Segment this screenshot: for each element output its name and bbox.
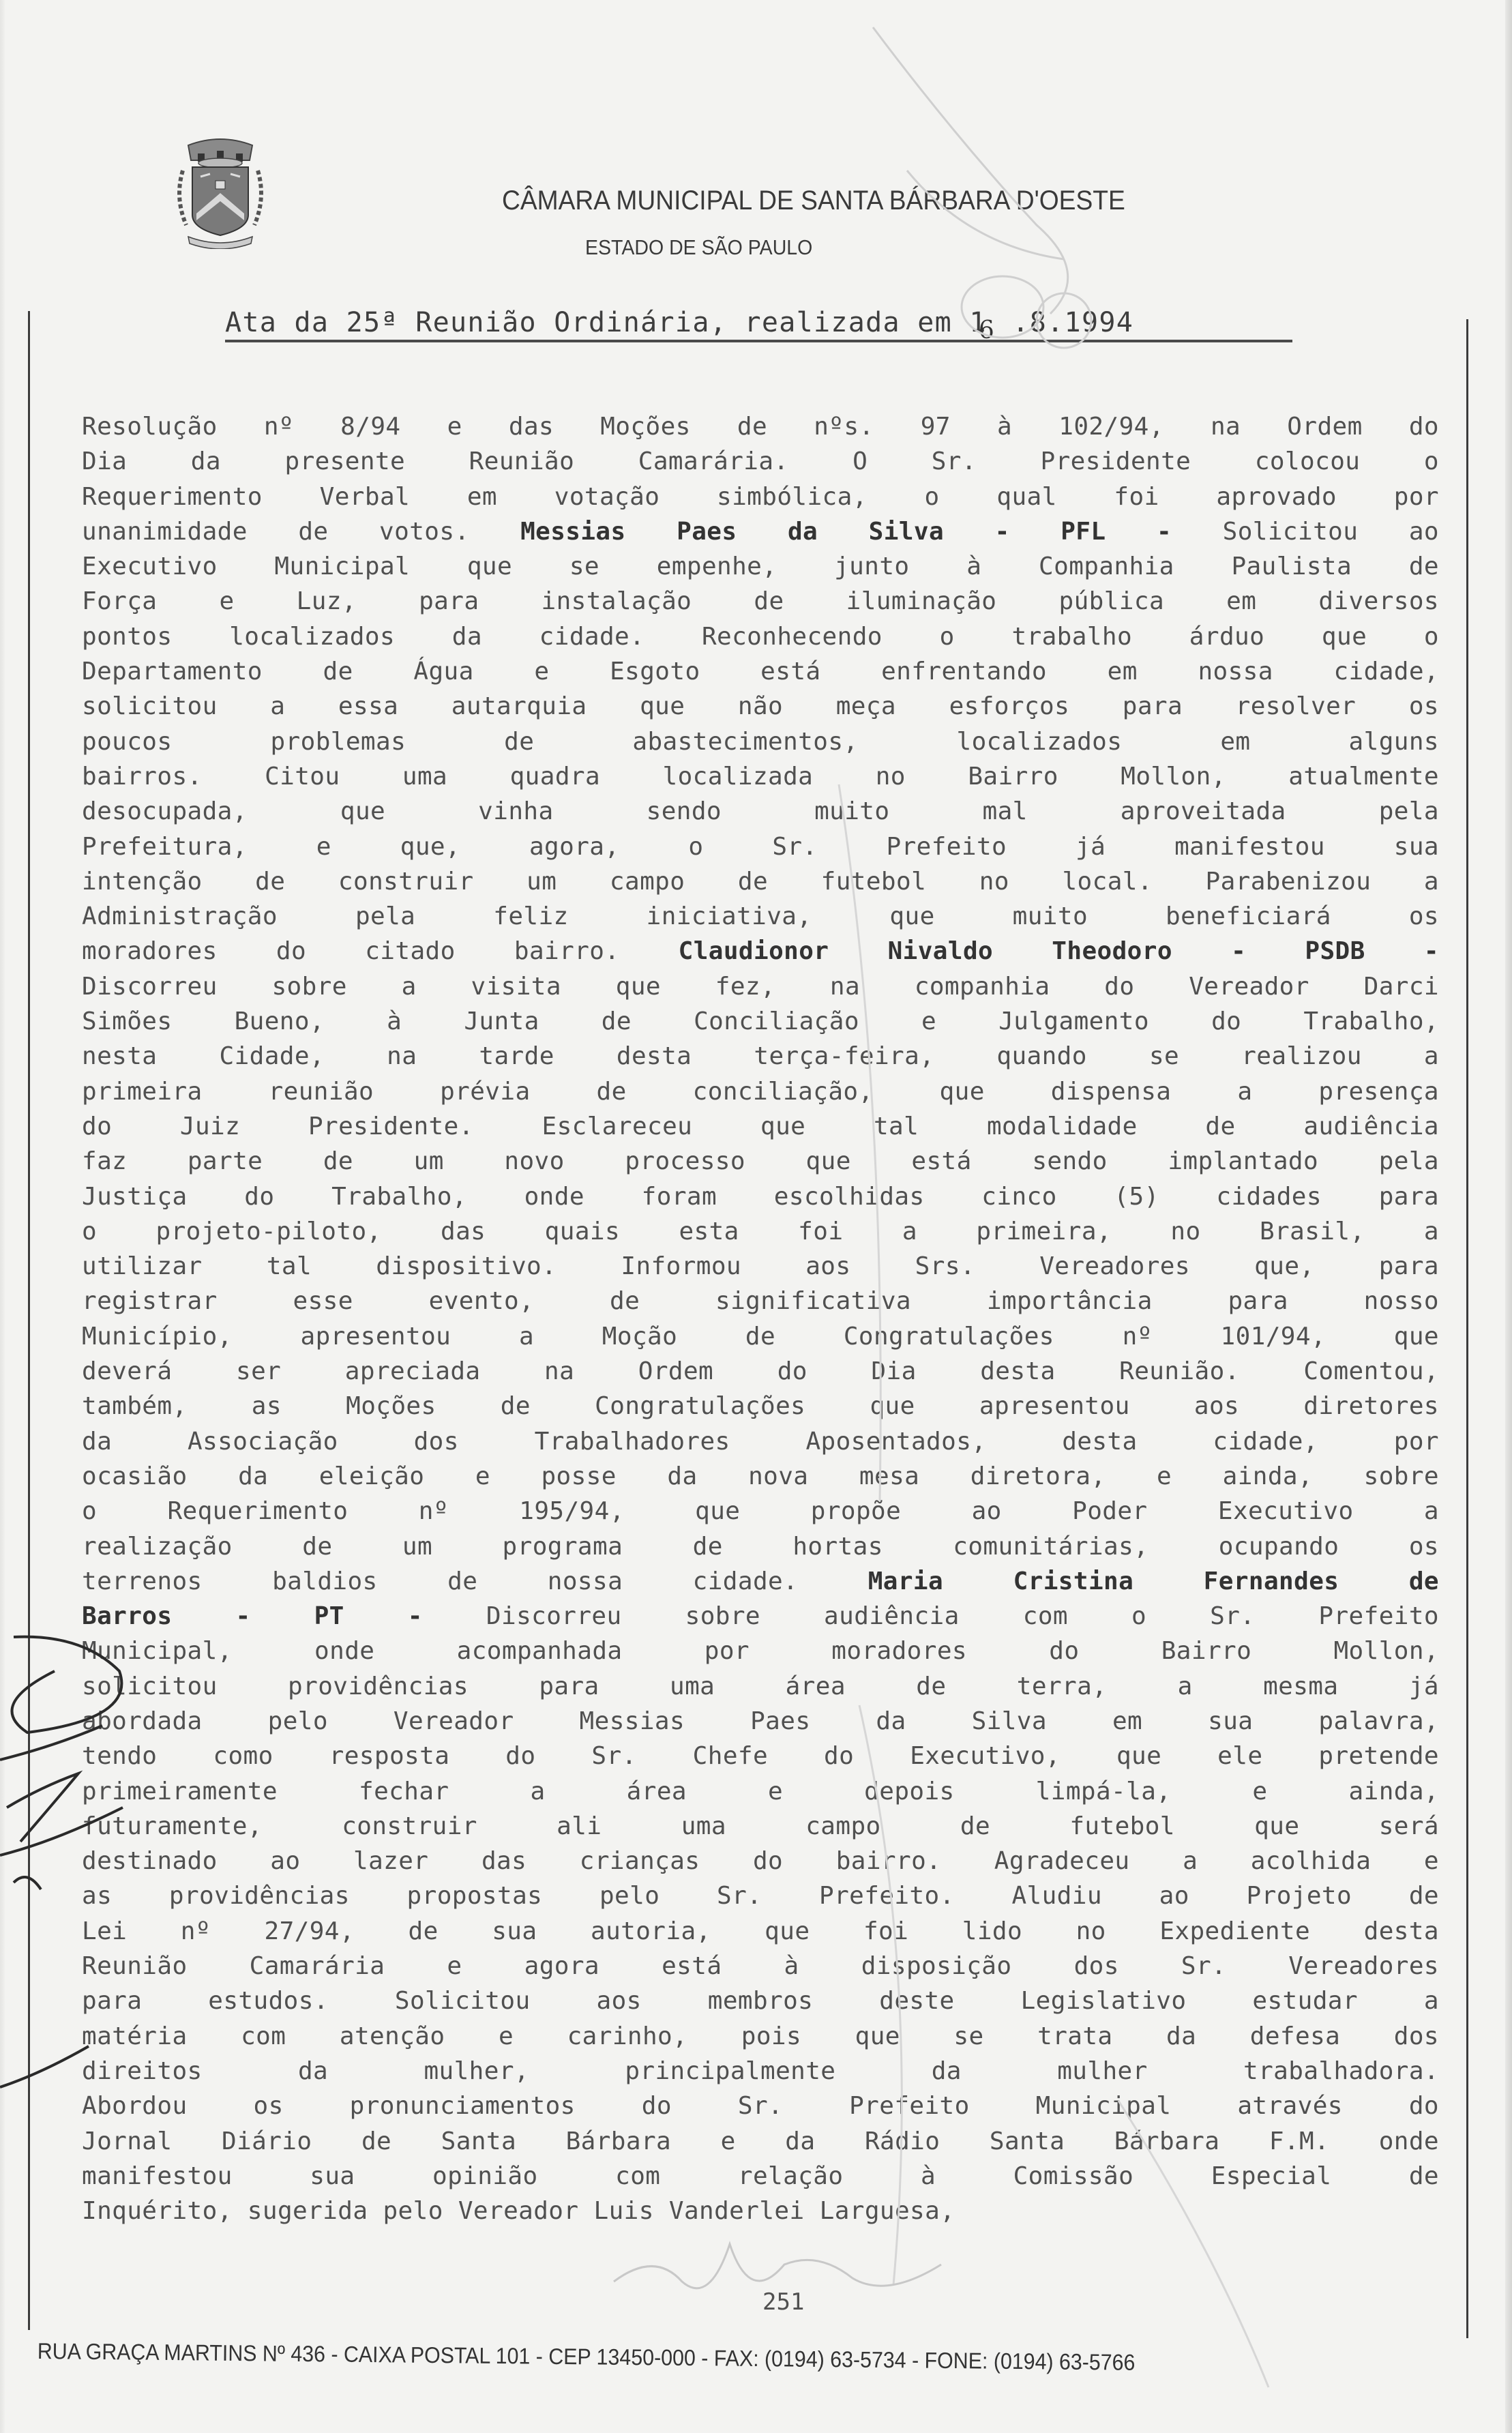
minutes-line: para estudos. Solicitou aos membros dest… <box>82 1984 1439 2018</box>
minutes-line: Inquérito, sugerida pelo Vereador Luis V… <box>82 2194 1439 2228</box>
minutes-line: solicitou providências para uma área de … <box>82 1669 1439 1704</box>
minutes-line: Municipal, onde acompanhada por moradore… <box>82 1634 1439 1668</box>
title-date-suffix: .8.1994 <box>995 307 1133 338</box>
document-title: Ata da 25ª Reunião Ordinária, realizada … <box>225 307 1292 342</box>
minutes-line: nesta Cidade, na tarde desta terça-feira… <box>82 1039 1439 1074</box>
minutes-line: Prefeitura, e que, agora, o Sr. Prefeito… <box>82 829 1439 864</box>
minutes-line: o Requerimento nº 195/94, que propõe ao … <box>82 1494 1439 1529</box>
minutes-line: poucos problemas de abastecimentos, loca… <box>82 724 1439 759</box>
minutes-line: Simões Bueno, à Junta de Conciliação e J… <box>82 1004 1439 1039</box>
minutes-line: faz parte de um novo processo que está s… <box>82 1144 1439 1179</box>
minutes-line: Força e Luz, para instalação de iluminaç… <box>82 584 1439 619</box>
minutes-line: tendo como resposta do Sr. Chefe do Exec… <box>82 1739 1439 1773</box>
minutes-line: Reunião Camarária e agora está à disposi… <box>82 1949 1439 1984</box>
page-number: 251 <box>762 2288 804 2316</box>
minutes-line: intenção de construir um campo de futebo… <box>82 864 1439 899</box>
minutes-line: realização de um programa de hortas comu… <box>82 1529 1439 1564</box>
minutes-line: Jornal Diário de Santa Bárbara e da Rádi… <box>82 2124 1439 2159</box>
speaker-name: Messias Paes da Silva - PFL - <box>520 518 1172 546</box>
state-name: ESTADO DE SÃO PAULO <box>585 235 812 260</box>
minutes-line: Resolução nº 8/94 e das Moções de nºs. 9… <box>82 409 1439 444</box>
scan-edge-right <box>1505 0 1512 2433</box>
line-text: terrenos baldios de nossa cidade. <box>82 1567 868 1595</box>
minutes-line: o projeto-piloto, das quais esta foi a p… <box>82 1214 1439 1249</box>
minutes-line: Justiça do Trabalho, onde foram escolhid… <box>82 1179 1439 1214</box>
line-text: moradores do citado bairro. <box>82 937 679 965</box>
speaker-name: Claudionor Nivaldo Theodoro - PSDB - <box>679 937 1439 965</box>
minutes-line: Abordou os pronunciamentos do Sr. Prefei… <box>82 2089 1439 2123</box>
page-frame-left-rule <box>28 311 30 2330</box>
scan-edge-left <box>0 0 5 2433</box>
handwritten-day: 6 <box>979 316 995 344</box>
minutes-line: ocasião da eleição e posse da nova mesa … <box>82 1459 1439 1494</box>
minutes-line: registrar esse evento, de significativa … <box>82 1284 1439 1318</box>
minutes-line: deverá ser apreciada na Ordem do Dia des… <box>82 1354 1439 1389</box>
minutes-line: do Juiz Presidente. Esclareceu que tal m… <box>82 1109 1439 1144</box>
minutes-line: futuramente, construir ali uma campo de … <box>82 1809 1439 1844</box>
title-text: Ata da 25ª Reunião Ordinária, realizada … <box>225 307 987 338</box>
minutes-line: manifestou sua opinião com relação à Com… <box>82 2159 1439 2194</box>
minutes-line: direitos da mulher, principalmente da mu… <box>82 2054 1439 2089</box>
speaker-name: Maria Cristina Fernandes de <box>868 1567 1439 1595</box>
minutes-line: Barros - PT - Discorreu sobre audiência … <box>82 1599 1439 1634</box>
footer-address: RUA GRAÇA MARTINS Nº 436 - CAIXA POSTAL … <box>38 2338 1355 2378</box>
minutes-line: primeiramente fechar a área e depois lim… <box>82 1774 1439 1809</box>
minutes-line: primeira reunião prévia de conciliação, … <box>82 1074 1439 1109</box>
minutes-line: Requerimento Verbal em votação simbólica… <box>82 480 1439 514</box>
minutes-line: Departamento de Água e Esgoto está enfre… <box>82 654 1439 689</box>
minutes-line: Discorreu sobre a visita que fez, na com… <box>82 969 1439 1004</box>
line-text: Discorreu sobre audiência com o Sr. Pref… <box>423 1602 1439 1630</box>
minutes-line: desocupada, que vinha sendo muito mal ap… <box>82 794 1439 829</box>
bottom-signature-ghost <box>614 2244 941 2288</box>
minutes-line: Dia da presente Reunião Camarária. O Sr.… <box>82 444 1439 479</box>
minutes-line: Município, apresentou a Moção de Congrat… <box>82 1319 1439 1354</box>
line-text: unanimidade de votos. <box>82 518 520 546</box>
line-text: Solicitou ao <box>1172 518 1439 546</box>
minutes-line: Lei nº 27/94, de sua autoria, que foi li… <box>82 1914 1439 1949</box>
institution-name: CÂMARA MUNICIPAL DE SANTA BÁRBARA D'OEST… <box>477 186 1150 216</box>
minutes-line: também, as Moções de Congratulações que … <box>82 1389 1439 1424</box>
minutes-line: unanimidade de votos. Messias Paes da Si… <box>82 514 1439 549</box>
minutes-line: pontos localizados da cidade. Reconhecen… <box>82 619 1439 654</box>
minutes-line: solicitou a essa autarquia que não meça … <box>82 689 1439 724</box>
minutes-line: Executivo Municipal que se empenhe, junt… <box>82 549 1439 584</box>
page-frame-right-rule <box>1466 319 1468 2338</box>
speaker-name: Barros - PT - <box>82 1602 423 1630</box>
minutes-body: Resolução nº 8/94 e das Moções de nºs. 9… <box>82 409 1439 2228</box>
minutes-line: abordada pelo Vereador Messias Paes da S… <box>82 1704 1439 1739</box>
minutes-line: utilizar tal dispositivo. Informou aos S… <box>82 1249 1439 1284</box>
minutes-line: matéria com atenção e carinho, pois que … <box>82 2019 1439 2054</box>
coat-of-arms-icon <box>169 133 271 249</box>
minutes-line: Administração pela feliz iniciativa, que… <box>82 899 1439 934</box>
minutes-line: as providências propostas pelo Sr. Prefe… <box>82 1878 1439 1913</box>
minutes-line: bairros. Citou uma quadra localizada no … <box>82 759 1439 794</box>
minutes-line: da Associação dos Trabalhadores Aposenta… <box>82 1424 1439 1459</box>
minutes-line: terrenos baldios de nossa cidade. Maria … <box>82 1564 1439 1599</box>
minutes-line: destinado ao lazer das crianças do bairr… <box>82 1844 1439 1878</box>
minutes-line: moradores do citado bairro. Claudionor N… <box>82 934 1439 969</box>
